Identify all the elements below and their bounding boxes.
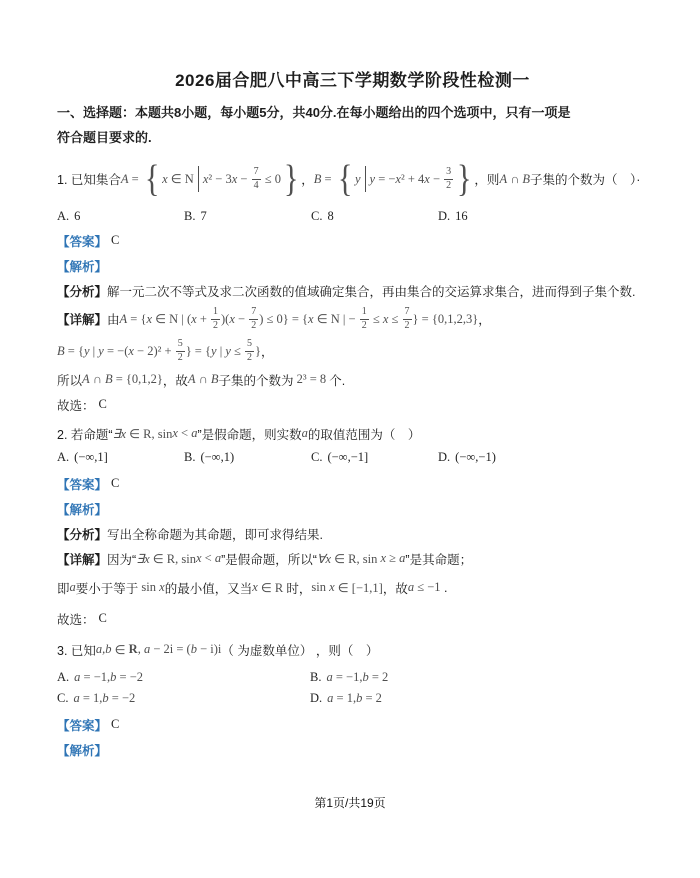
- option-label: D.: [438, 209, 450, 224]
- question-1-number-text: 1. 已知集合: [57, 170, 121, 188]
- big-brace: }: [457, 160, 472, 198]
- fraction-part: 5: [245, 339, 254, 352]
- formula-token: 2. 若命题“: [57, 425, 113, 443]
- analysis-label: 【解析】: [57, 257, 107, 275]
- option-label: A.: [57, 450, 69, 465]
- formula-token: 子集的个数为: [218, 371, 293, 389]
- option-a: A. a = −1,b = −2: [57, 670, 310, 685]
- fraction-part: 4: [254, 180, 259, 192]
- section-header-line1: 一、选择题：本题共8小题，每小题5分，共40分.在每小题给出的四个选项中，只有一…: [57, 100, 648, 125]
- formula-token: = −1,: [333, 670, 363, 685]
- option-label: B.: [184, 450, 195, 465]
- answer-value: C: [111, 476, 119, 491]
- formula-token: = 2: [362, 691, 382, 706]
- option-label: C.: [311, 450, 322, 465]
- answer-value: C: [111, 233, 119, 248]
- section-header-line2: 符合题目要求的.: [57, 125, 648, 150]
- fraction-part: 2: [178, 352, 183, 364]
- option-b: B. a = −1,b = 2: [310, 670, 563, 685]
- formula-token: ∃x: [113, 426, 126, 442]
- exam-document-page: 2026届合肥八中高三下学期数学阶段性检测一 一、选择题：本题共8小题，每小题5…: [0, 0, 700, 878]
- option-label: B.: [184, 209, 195, 224]
- detail-formula-2: 即a要小于等于 sin x的最小值，又当x ∈ R 时，sin x ∈ [−1,…: [57, 579, 447, 597]
- page-content: 2026届合肥八中高三下学期数学阶段性检测一 一、选择题：本题共8小题，每小题5…: [0, 66, 700, 762]
- formula-token: ∩: [507, 172, 522, 187]
- formula-token: ∈ R: [258, 580, 287, 596]
- q2-jiexi-line: 【解析】: [57, 496, 648, 521]
- analysis-label: 【解析】: [57, 741, 107, 759]
- answer-label: 【答案】: [57, 716, 107, 734]
- formula-token: ”是假命题，所以“: [221, 550, 317, 568]
- q1-answer-line: 【答案】 C: [57, 228, 648, 253]
- option-label: D.: [310, 691, 322, 706]
- formula-token: = −2: [109, 691, 136, 706]
- formula-token: |: [217, 344, 226, 359]
- formula-token: B: [105, 372, 113, 387]
- q3-jiexi-line: 【解析】: [57, 737, 648, 762]
- question-2-options: A. (−∞,1] B. (−∞,1) C. (−∞,−1] D. (−∞,−1…: [57, 450, 648, 465]
- formula-token: A: [121, 172, 129, 187]
- option-c: C. (−∞,−1]: [311, 450, 438, 465]
- formula-token: =: [321, 172, 334, 187]
- formula-token: =: [129, 172, 142, 187]
- formula-token: B: [57, 344, 65, 359]
- fraction-part: 2: [405, 320, 410, 332]
- formula-token: −: [235, 312, 248, 327]
- formula-token: 2³ = 8: [293, 372, 329, 387]
- option-value: a = 1,b = 2: [327, 691, 382, 706]
- formula-token: −: [237, 172, 250, 187]
- option-b: B. 7: [184, 209, 311, 224]
- option-value: (−∞,−1]: [327, 450, 368, 465]
- q1-choice-line: 故选： C: [57, 392, 648, 417]
- formula-token: 的最小值，又当: [165, 579, 253, 597]
- formula-token: 3. 已知: [57, 641, 96, 659]
- option-value: 7: [200, 209, 206, 224]
- big-brace: {: [145, 160, 160, 198]
- q1-detail-line-1: 【详解】 由A = {x ∈ N | (x + 12)(x − 72) ≤ 0}…: [57, 303, 648, 335]
- formula-token: = 1,: [80, 691, 103, 706]
- set-b-formula: B = {yy = −x² + 4x − 32}: [314, 160, 475, 198]
- formula-token: = 1,: [333, 691, 356, 706]
- fenxi-text: 写出全称命题为其命题，即可求得结果.: [107, 525, 323, 543]
- stem-tail-text: 子集的个数为（ ）·: [530, 170, 640, 188]
- set-divider-bar: [198, 166, 199, 192]
- fraction: 74: [252, 167, 261, 191]
- formula-token: ∈: [112, 642, 129, 658]
- option-label: D.: [438, 450, 450, 465]
- formula-token: A: [499, 172, 507, 187]
- fraction: 32: [444, 167, 453, 191]
- formula-token: B: [522, 172, 530, 187]
- formula-token: ，: [261, 342, 274, 360]
- option-value: a = 1,b = −2: [73, 691, 135, 706]
- formula-token: ∩: [196, 372, 211, 387]
- fraction-part: 1: [211, 307, 220, 320]
- q2-answer-line: 【答案】 C: [57, 471, 648, 496]
- formula-token: = {0,1,2}: [113, 372, 163, 387]
- fraction-part: 2: [247, 352, 252, 364]
- formula-token: = −1,: [80, 670, 110, 685]
- fraction-part: 2: [362, 320, 367, 332]
- formula-token: （ 为虚数单位） ，则（ ）: [221, 641, 378, 659]
- formula-token: 因为“: [107, 550, 136, 568]
- formula-token: −: [430, 172, 443, 187]
- answer-label: 【答案】: [57, 475, 107, 493]
- formula-token: ² + 4: [401, 172, 424, 187]
- fraction-part: 5: [176, 339, 185, 352]
- fraction-part: 7: [249, 307, 258, 320]
- set-divider-bar: [365, 166, 366, 192]
- fenxi-label: 【分析】: [57, 525, 107, 543]
- q1-jiexi-line: 【解析】: [57, 253, 648, 278]
- choice-value: C: [99, 397, 107, 412]
- page-number: 第1页/共19页: [0, 794, 700, 811]
- big-brace: }: [284, 160, 299, 198]
- option-c: C. a = 1,b = −2: [57, 691, 310, 706]
- option-label: A.: [57, 209, 69, 224]
- option-value: 16: [455, 209, 468, 224]
- formula-token: − i)i: [197, 642, 221, 657]
- question-2-stem: 2. 若命题“∃x ∈ R, sinx < a”是假命题，则实数a的取值范围为（…: [57, 421, 648, 446]
- formula-token: ∩: [90, 372, 105, 387]
- formula-token: ≤: [231, 344, 244, 359]
- formula-token: 即: [57, 579, 70, 597]
- q2-stem-formula: 2. 若命题“∃x ∈ R, sinx < a”是假命题，则实数a的取值范围为（…: [57, 425, 420, 443]
- q1-detail-line-2: B = {y | y = −(x − 2)² + 52} = {y | y ≤ …: [57, 335, 648, 367]
- formula-token: ² − 3: [208, 172, 231, 187]
- stem-mid-text: ，则: [474, 170, 499, 188]
- comma-separator: ，: [301, 170, 314, 188]
- fraction-part: 2: [251, 320, 256, 332]
- option-value: a = −1,b = −2: [74, 670, 143, 685]
- option-value: (−∞,−1): [455, 450, 496, 465]
- q2-choice-line: 故选： C: [57, 606, 648, 631]
- formula-token: +: [197, 312, 210, 327]
- formula-token: − 2i = (: [150, 642, 191, 657]
- formula-token: = 2: [369, 670, 389, 685]
- formula-token: − 2)² +: [134, 344, 175, 359]
- page-title: 2026届合肥八中高三下学期数学阶段性检测一: [57, 66, 648, 91]
- formula-token: } = {0,1,2,3}: [413, 312, 479, 327]
- fenxi-text: 解一元二次不等式及求二次函数的值域确定集合，再由集合的交运算求集合，进而得到子集…: [107, 282, 635, 300]
- formula-token: ≤ 0: [262, 172, 281, 187]
- formula-token: ，: [478, 310, 491, 328]
- fraction-part: 7: [252, 167, 261, 180]
- question-3-options-row-1: A. a = −1,b = −2 B. a = −1,b = 2: [57, 670, 648, 685]
- formula-token: |: [90, 344, 99, 359]
- formula-token: ∃x: [136, 551, 149, 567]
- formula-token: ≤ −1: [414, 580, 440, 595]
- option-a: A. 6: [57, 209, 184, 224]
- formula-token: = −: [375, 172, 395, 187]
- formula-token: ∈ [−1,1]: [335, 580, 383, 596]
- option-d: D. a = 1,b = 2: [310, 691, 563, 706]
- formula-token: y: [355, 172, 361, 187]
- option-d: D. (−∞,−1): [438, 450, 565, 465]
- formula-token: 的取值范围为（ ）: [308, 425, 421, 443]
- answer-label: 【答案】: [57, 232, 107, 250]
- fraction-part: 3: [444, 167, 453, 180]
- formula-token: a,b: [96, 642, 112, 657]
- formula-token: ”是其命题；: [405, 550, 472, 568]
- formula-token: 由: [107, 310, 120, 328]
- option-value: (−∞,1]: [74, 450, 108, 465]
- option-value: (−∞,1): [200, 450, 234, 465]
- fraction: 72: [249, 307, 258, 331]
- q3-answer-line: 【答案】 C: [57, 712, 648, 737]
- q1-detail-line-3: 所以A ∩ B = {0,1,2}，故A ∩ B子集的个数为 2³ = 8 个.: [57, 367, 648, 392]
- formula-token: <: [178, 426, 191, 441]
- q1-fenxi-line: 【分析】 解一元二次不等式及求二次函数的值域确定集合，再由集合的交运算求集合，进…: [57, 278, 648, 303]
- option-value: 6: [74, 209, 80, 224]
- q2-detail-line-1: 【详解】 因为“∃x ∈ R, sinx < a”是假命题，所以“∀x ∈ R,…: [57, 546, 648, 571]
- question-1-stem: 1. 已知集合 A = {x ∈ Nx² − 3x − 74 ≤ 0} ， B …: [57, 154, 648, 204]
- option-label: C.: [57, 691, 68, 706]
- formula-token: ∀x: [317, 551, 331, 567]
- q2-fenxi-line: 【分析】 写出全称命题为其命题，即可求得结果.: [57, 521, 648, 546]
- option-label: C.: [311, 209, 322, 224]
- formula-token: 时，: [286, 579, 311, 597]
- formula-token: B: [314, 172, 322, 187]
- formula-token: <: [202, 551, 215, 566]
- option-value: a = −1,b = 2: [326, 670, 388, 685]
- analysis-label: 【解析】: [57, 500, 107, 518]
- fraction: 12: [360, 307, 369, 331]
- option-d: D. 16: [438, 209, 565, 224]
- formula-token: R: [129, 642, 138, 657]
- fraction-part: 2: [446, 180, 451, 192]
- detail-formula-2: B = {y | y = −(x − 2)² + 52} = {y | y ≤ …: [57, 339, 274, 363]
- big-brace: {: [338, 160, 353, 198]
- formula-token: ≤: [388, 312, 401, 327]
- formula-token: ∈ R, sin: [126, 426, 172, 442]
- option-c: C. 8: [311, 209, 438, 224]
- formula-token: A: [120, 312, 128, 327]
- formula-token: A: [82, 372, 90, 387]
- formula-token: ”是假命题，则实数: [197, 425, 301, 443]
- fraction: 72: [403, 307, 412, 331]
- answer-value: C: [111, 717, 119, 732]
- intersection-formula: A ∩ B: [499, 172, 530, 187]
- question-3-options-row-2: C. a = 1,b = −2 D. a = 1,b = 2: [57, 691, 648, 706]
- formula-token: = −(: [104, 344, 129, 359]
- question-1-options: A. 6 B. 7 C. 8 D. 16: [57, 209, 648, 224]
- fraction: 52: [176, 339, 185, 363]
- detail-formula-3: 所以A ∩ B = {0,1,2}，故A ∩ B子集的个数为 2³ = 8 个.: [57, 371, 345, 389]
- fraction: 12: [211, 307, 220, 331]
- formula-token: 个.: [329, 371, 345, 389]
- formula-token: .: [441, 581, 448, 595]
- detail-formula-1: 因为“∃x ∈ R, sinx < a”是假命题，所以“∀x ∈ R, sin …: [107, 550, 472, 568]
- option-label: B.: [310, 670, 321, 685]
- option-label: A.: [57, 670, 69, 685]
- formula-token: ∈ R, sin: [331, 551, 380, 567]
- formula-token: 要小于等于: [76, 579, 139, 597]
- formula-token: = −2: [116, 670, 143, 685]
- formula-token: ∈ N | (: [152, 311, 191, 327]
- set-a-formula: A = {x ∈ Nx² − 3x − 74 ≤ 0}: [121, 160, 301, 198]
- detail-formula-1: 由A = {x ∈ N | (x + 12)(x − 72) ≤ 0} = {x…: [107, 307, 491, 331]
- formula-token: sin: [311, 580, 329, 595]
- option-value: 8: [327, 209, 333, 224]
- q2-detail-line-2: 即a要小于等于 sin x的最小值，又当x ∈ R 时，sin x ∈ [−1,…: [57, 575, 648, 600]
- fraction: 52: [245, 339, 254, 363]
- question-3-stem: 3. 已知a,b ∈ R, a − 2i = (b − i)i（ 为虚数单位） …: [57, 637, 648, 662]
- formula-token: A: [188, 372, 196, 387]
- formula-token: } = {: [186, 344, 211, 359]
- fenxi-label: 【分析】: [57, 282, 107, 300]
- formula-token: ，故: [163, 371, 188, 389]
- guxuan-label: 故选：: [57, 396, 95, 414]
- formula-token: ≥: [386, 551, 399, 566]
- choice-value: C: [99, 611, 107, 626]
- formula-token: sin: [138, 580, 159, 595]
- option-a: A. (−∞,1]: [57, 450, 184, 465]
- formula-token: ∈ R, sin: [150, 551, 196, 567]
- formula-token: ∈ N: [168, 171, 194, 187]
- formula-token: ) ≤ 0} = {: [259, 312, 308, 327]
- fraction-part: 1: [360, 307, 369, 320]
- fraction-part: 2: [213, 320, 218, 332]
- formula-token: B: [211, 372, 219, 387]
- option-b: B. (−∞,1): [184, 450, 311, 465]
- guxuan-label: 故选：: [57, 610, 95, 628]
- q3-stem-formula: 3. 已知a,b ∈ R, a − 2i = (b − i)i（ 为虚数单位） …: [57, 641, 378, 659]
- xiangjie-label: 【详解】: [57, 310, 107, 328]
- formula-token: = {: [65, 344, 84, 359]
- fraction-part: 7: [403, 307, 412, 320]
- formula-token: 所以: [57, 371, 82, 389]
- formula-token: = {: [127, 312, 146, 327]
- formula-token: ，故: [383, 579, 408, 597]
- xiangjie-label: 【详解】: [57, 550, 107, 568]
- formula-token: ≤: [370, 312, 383, 327]
- formula-token: ∈ N | −: [314, 311, 359, 327]
- section-header: 一、选择题：本题共8小题，每小题5分，共40分.在每小题给出的四个选项中，只有一…: [57, 100, 648, 150]
